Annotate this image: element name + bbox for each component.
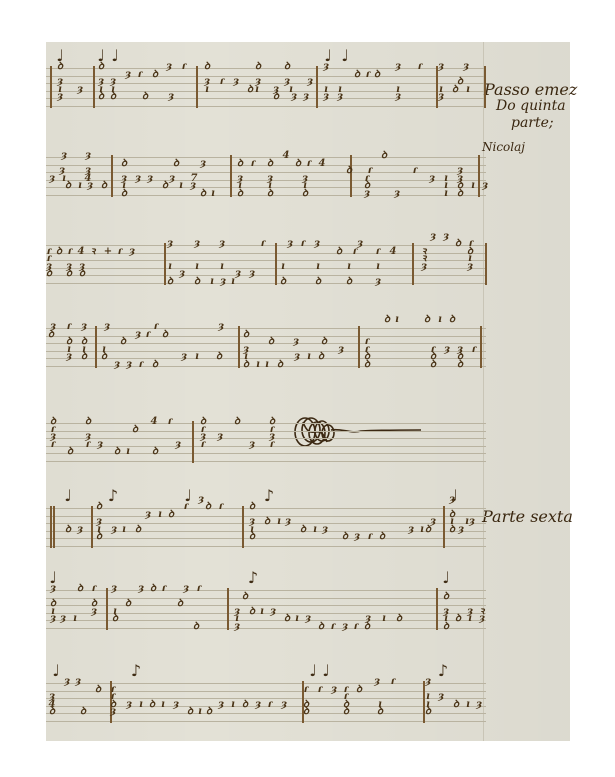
tab-letter: ȝ (111, 525, 117, 535)
tab-letter: ı (444, 189, 448, 199)
tab-letter: ꝺ (162, 181, 168, 191)
tab-letter: ɾ (353, 247, 358, 257)
tab-letter: ꝺ (49, 707, 55, 717)
tab-letter: ꝺ (173, 159, 179, 169)
tab-letter: ȝ (85, 151, 91, 161)
tab-letter: ı (260, 607, 264, 617)
tab-letter: ȝ (323, 92, 329, 102)
tablature-system-8: ♩♪♩♩♪ȝȝꝺɾȝȝɾɾɾȝɾꝺȝɾɾıȝ4ꝺȝıꝺıȝȝıꝺȝɾȝꝺꝺııꝺ… (46, 683, 486, 721)
tab-letter: ꝺ (430, 360, 436, 370)
tab-letter: ȝ (322, 525, 328, 535)
tab-letter: ꝺ (46, 269, 52, 279)
tab-letter: ɾ (413, 166, 418, 176)
tab-letter: ı (198, 707, 202, 717)
tab-letter: ȝ (287, 239, 293, 249)
tab-letter: ȝ (60, 614, 66, 624)
rhythm-flag-icon: ♩ (309, 663, 317, 679)
tab-letter: ı (438, 315, 442, 325)
staff-line (46, 106, 486, 107)
tab-letter: ı (122, 525, 126, 535)
tab-letter: ȝ (374, 677, 380, 687)
tab-letter: ı (205, 85, 209, 95)
tab-letter: ȝ (77, 525, 83, 535)
tab-letter: ȝ (81, 322, 87, 332)
tab-letter: ꝺ (204, 62, 210, 72)
tab-letter: ꝺ (455, 614, 461, 624)
tab-letter: ı (168, 262, 172, 272)
tab-letter: ɾ (67, 322, 72, 332)
tab-letter: ȝ (430, 232, 436, 242)
tab-letter: ꝺ (66, 269, 72, 279)
tab-letter: ꝺ (364, 622, 370, 632)
tab-letter: ɾ (197, 584, 202, 594)
barline (358, 326, 360, 368)
tab-letter: ꝺ (300, 525, 306, 535)
tab-letter: ꝺ (56, 247, 62, 257)
tab-letter: ɾ (318, 685, 323, 695)
tab-letter: ɾ (92, 584, 97, 594)
tab-letter: ꝺ (114, 447, 120, 457)
tab-letter: ȝ (395, 92, 401, 102)
tab-letter: ꝺ (98, 62, 104, 72)
tab-letter: ı (316, 262, 320, 272)
barline (443, 506, 445, 548)
tab-letter: ꝺ (85, 417, 91, 427)
staff-line (46, 328, 486, 329)
barline (192, 421, 194, 463)
tab-letter: ı (471, 181, 475, 191)
tab-letter: ꝺ (249, 607, 255, 617)
staff-line (46, 343, 486, 344)
tab-letter: ɾ (304, 685, 309, 695)
tab-letter: + (104, 247, 112, 257)
tab-letter: ȝ (175, 440, 181, 450)
tab-letter: ɾ (472, 345, 477, 355)
tab-letter: ꝺ (267, 189, 273, 199)
tab-letter: ȝ (66, 352, 72, 362)
tab-letter: ȝ (168, 92, 174, 102)
tab-letter: ȝ (87, 181, 93, 191)
tab-letter: ɾ (220, 77, 225, 87)
tab-letter: ɾ (270, 440, 275, 450)
tab-letter: ꝺ (284, 62, 290, 72)
barline (238, 326, 240, 368)
tab-letter: ꝺ (343, 707, 349, 717)
tab-letter: ȝ (183, 584, 189, 594)
tab-letter: ɾ (162, 584, 167, 594)
staff-line (46, 605, 486, 606)
tab-letter: ȝ (323, 62, 329, 72)
tab-letter: ꝺ (234, 417, 240, 427)
tab-letter: ȝ (463, 62, 469, 72)
staff-line (46, 336, 486, 337)
tab-letter: ꝺ (152, 360, 158, 370)
tab-letter: ı (395, 315, 399, 325)
tab-letter: ı (313, 525, 317, 535)
tab-letter: ȝ (190, 181, 196, 191)
tab-letter: ꝺ (277, 360, 283, 370)
tab-letter: ꝺ (152, 70, 158, 80)
barline (485, 243, 487, 285)
tab-letter: ɾ (354, 622, 359, 632)
tab-letter: ꝺ (80, 707, 86, 717)
tab-letter: ȝ (458, 525, 464, 535)
tab-letter: ȝ (285, 517, 291, 527)
tab-letter: ȝ (147, 174, 153, 184)
tab-letter: ꝺ (336, 247, 342, 257)
tab-letter: ɾ (86, 440, 91, 450)
tab-letter: ɾ (219, 502, 224, 512)
barline (242, 506, 244, 548)
tab-letter: ȝ (449, 495, 455, 505)
tab-letter: ꝺ (342, 532, 348, 542)
staff-line (46, 351, 486, 352)
tab-letter: ꝺ (381, 151, 387, 161)
tab-letter: ɾ (376, 247, 381, 257)
tab-letter: ȝ (303, 92, 309, 102)
tab-letter: ꝺ (101, 181, 107, 191)
tab-letter: ȝ (91, 607, 97, 617)
tab-letter: ꝺ (249, 502, 255, 512)
tab-letter: ȝ (64, 677, 70, 687)
tab-letter: ɾ (68, 247, 73, 257)
barline (196, 66, 198, 108)
barline (436, 588, 438, 630)
tab-letter: ı (139, 700, 143, 710)
tab-letter: 4 (151, 417, 158, 427)
tab-letter: ɾ (261, 239, 266, 249)
tab-letter: ı (265, 360, 269, 370)
tab-letter: ȝ (126, 360, 132, 370)
tab-letter: ȝ (173, 700, 179, 710)
tab-letter: ꝺ (216, 352, 222, 362)
tab-letter: ꝺ (280, 277, 286, 287)
tab-letter: ȝ (169, 174, 175, 184)
barline (53, 506, 55, 548)
tab-letter: ȝ (281, 700, 287, 710)
tab-letter: ɾ (301, 239, 306, 249)
rhythm-flag-icon: ♪ (438, 663, 448, 679)
staff-line (46, 423, 486, 424)
tab-letter: 4 (283, 151, 290, 161)
tab-letter: ꝺ (242, 700, 248, 710)
tab-letter: ꝺ (449, 525, 455, 535)
tab-letter: ꝺ (384, 315, 390, 325)
tab-letter: ꝺ (149, 700, 155, 710)
tab-letter: ȝ (233, 77, 239, 87)
tab-letter: ɾ (184, 502, 189, 512)
tab-letter: ȝ (479, 614, 485, 624)
tab-letter: ȝ (331, 685, 337, 695)
tab-letter: ꝺ (77, 584, 83, 594)
tab-letter: ȝ (305, 614, 311, 624)
barline (111, 155, 113, 197)
tab-letter: ɾ (146, 330, 151, 340)
tab-letter: ȝ (111, 584, 117, 594)
barline (275, 243, 277, 285)
tab-letter: ȝ (255, 700, 261, 710)
tab-letter: ȝ (444, 345, 450, 355)
tab-letter: ȝ (337, 92, 343, 102)
tab-letter: ꝺ (255, 62, 261, 72)
tab-letter: ı (210, 277, 214, 287)
tab-letter: ɾ (331, 622, 336, 632)
tab-letter: ȝ (167, 239, 173, 249)
tab-letter: ꝺ (95, 685, 101, 695)
barline (316, 66, 318, 108)
tab-letter: ȝ (138, 584, 144, 594)
staff-line (46, 508, 486, 509)
tab-letter: ȝ (249, 440, 255, 450)
tab-letter: ꝺ (101, 352, 107, 362)
rhythm-flag-icon: ♩ (442, 570, 450, 586)
tab-letter: ı (126, 447, 130, 457)
tab-letter: ꝺ (57, 62, 63, 72)
tab-letter: ꝺ (346, 166, 352, 176)
rhythm-flag-icon: ♪ (131, 663, 141, 679)
rhythm-flag-icon: ♪ (264, 488, 274, 504)
tab-letter: ȝ (126, 700, 132, 710)
tab-letter: ꝺ (303, 707, 309, 717)
tab-letter: ꝺ (425, 525, 431, 535)
tab-letter: ɾ (168, 417, 173, 427)
rhythm-flag-icon: ♩ (322, 663, 330, 679)
tab-letter: ȝ (354, 532, 360, 542)
tablature-system-1: ♩♩♩♩♩ꝺꝺȝɾꝺȝɾꝺꝺꝺȝȝȝȝɾȝȝȝıȝıııꝺıȝıȝꝺꝺꝺȝꝺȝȝ… (46, 68, 486, 106)
tab-letter: ꝺ (237, 159, 243, 169)
tab-letter: ı (420, 525, 424, 535)
tab-letter: ı (195, 262, 199, 272)
tab-letter: ȝ (104, 322, 110, 332)
tab-letter: ꝺ (396, 614, 402, 624)
tab-letter: ı (295, 614, 299, 624)
tab-letter: ꝺ (162, 330, 168, 340)
tab-letter: ꝺ (354, 70, 360, 80)
tab-letter: ꝺ (150, 584, 156, 594)
tab-letter: ȝ (218, 700, 224, 710)
rhythm-flag-icon: ♪ (248, 570, 258, 586)
tab-letter: ȝ (129, 247, 135, 257)
staff-line (46, 431, 486, 432)
tab-letter: ꝺ (346, 277, 352, 287)
tab-letter: ȝ (110, 707, 116, 717)
tab-letter: ꝺ (132, 425, 138, 435)
section-label-parte-sexta: Parte sexta (482, 507, 573, 526)
rhythm-flag-icon: ♩ (52, 663, 60, 679)
tab-letter: ꝺ (65, 525, 71, 535)
tab-letter: ꝺ (135, 525, 141, 535)
tab-letter: ꝺ (264, 517, 270, 527)
tab-letter: ꝺ (424, 315, 430, 325)
tab-letter: ꝺ (284, 614, 290, 624)
tab-letter: ꝺ (237, 189, 243, 199)
rhythm-flag-icon: ♩ (111, 48, 119, 64)
staff-line (46, 461, 486, 462)
tab-letter: ı (256, 360, 260, 370)
tab-letter: ɾ (391, 677, 396, 687)
tab-letter: ȝ (342, 622, 348, 632)
staff-line (46, 438, 486, 439)
tab-letter: ɾ (118, 247, 123, 257)
tab-letter: ı (382, 614, 386, 624)
tab-letter: ı (220, 262, 224, 272)
tab-letter: ȝ (357, 239, 363, 249)
tab-letter: ı (231, 277, 235, 287)
tab-letter: ɾ (154, 322, 159, 332)
tab-letter: ȝ (194, 239, 200, 249)
tab-letter: ꝺ (267, 159, 273, 169)
tab-letter: ȝ (249, 269, 255, 279)
tab-letter: ı (468, 614, 472, 624)
staff-line (46, 721, 486, 722)
tab-letter: ꝺ (374, 70, 380, 80)
barline (480, 326, 482, 368)
manuscript-page: Passo emez Do quinta parte; Nicolaj Part… (46, 42, 570, 741)
tab-letter: ꝺ (247, 85, 253, 95)
tab-letter: ı (466, 700, 470, 710)
tab-letter: ꝺ (249, 532, 255, 542)
tab-letter: ꝺ (425, 707, 431, 717)
barline (93, 66, 95, 108)
tab-letter: ꝺ (96, 532, 102, 542)
tab-letter: 4 (390, 247, 397, 257)
barline (164, 243, 166, 285)
tab-letter: ȝ (443, 232, 449, 242)
tab-letter: ꝺ (449, 315, 455, 325)
tab-letter: ȝ (395, 62, 401, 72)
barline (91, 506, 93, 548)
tab-letter: ȝ (50, 584, 56, 594)
tab-letter: ȝ (217, 432, 223, 442)
tab-letter: ꝺ (443, 622, 449, 632)
tab-letter: ȝ (166, 62, 172, 72)
tab-letter: ꝺ (321, 337, 327, 347)
barline (484, 66, 486, 108)
tab-letter: ꝺ (295, 159, 301, 169)
tab-letter: ꝺ (125, 599, 131, 609)
staff-line (46, 546, 486, 547)
tab-letter: ı (195, 352, 199, 362)
tab-letter: ɾ (51, 440, 56, 450)
tab-letter: ȝ (57, 92, 63, 102)
tab-letter: ȝ (425, 677, 431, 687)
tab-letter: ı (211, 189, 215, 199)
tab-letter: ꝺ (167, 277, 173, 287)
tab-letter: ı (466, 85, 470, 95)
tab-letter: ȝ (294, 352, 300, 362)
tab-letter: ꝺ (457, 77, 463, 87)
tab-letter: ȝ (482, 181, 488, 191)
tab-letter: ȝ (291, 92, 297, 102)
tab-letter: ı (78, 181, 82, 191)
tab-letter: ꝺ (142, 92, 148, 102)
tab-letter: ȝ (421, 262, 427, 272)
tab-letter: ȝ (135, 330, 141, 340)
tablature-system-6: ♩♪♩♪♩ꝺȝɾꝺɾꝺȝꝺȝȝıꝺȝꝺıȝȝııȝꝺȝıȝıꝺıꝺıȝȝıꝺꝺȝ… (46, 508, 486, 546)
tab-letter: ȝ (314, 239, 320, 249)
tab-letter: ı (255, 85, 259, 95)
tab-letter: ꝺ (356, 685, 362, 695)
barline (50, 506, 52, 548)
staff-line (46, 275, 486, 276)
tab-letter: ꝺ (315, 277, 321, 287)
tab-letter: ꝺ (177, 599, 183, 609)
signature-annotation: Nicolaj (482, 140, 525, 154)
staff-line (46, 598, 486, 599)
tab-letter: ɾ (268, 700, 273, 710)
tab-letter: ꝺ (318, 352, 324, 362)
tab-letter: ȝ (77, 85, 83, 95)
tab-letter: ȝ (364, 189, 370, 199)
tab-letter: ꝺ (377, 707, 383, 717)
tab-letter: ȝ (135, 174, 141, 184)
tab-letter: ȝ (114, 360, 120, 370)
tab-letter: ꝺ (206, 707, 212, 717)
tab-letter: ꝺ (457, 360, 463, 370)
tab-letter: ꝺ (121, 189, 127, 199)
tab-letter: ꝺ (457, 189, 463, 199)
tab-letter: ı (179, 181, 183, 191)
tab-letter: ȝ (50, 614, 56, 624)
tab-letter: ꝺ (96, 502, 102, 512)
tab-letter: ȝ (293, 337, 299, 347)
tab-letter: ɾ (201, 440, 206, 450)
tablature-system-4: ȝɾȝȝɾȝꝺȝɾꝺꝺꝺꝺꝺꝺȝꝺɾıııȝȝɾɾȝȝɾȝꝺꝺȝıꝺıȝıꝺꝺꝺ… (46, 328, 486, 366)
tablature-system-5: ꝺꝺ4ɾꝺꝺꝺɾꝺɾɾȝȝȝȝȝɾɾȝȝɾȝɾꝺꝺıꝺ (46, 423, 486, 461)
tab-letter: ꝺ (81, 352, 87, 362)
tab-letter: ɾ (251, 159, 256, 169)
tab-letter: ȝ (181, 352, 187, 362)
tab-letter: ꝺ (455, 239, 461, 249)
tablature-system-2: ȝȝꝺꝺȝꝺɾꝺꝺɾ44ꝺꝺȝȝɾɾȝȝı4ȝȝȝȝ7ȝȝȝɾȝıȝꝺıȝꝺıꝺ… (46, 157, 486, 195)
tab-letter: ꝺ (243, 330, 249, 340)
tab-letter: ı (73, 614, 77, 624)
tab-letter: ɾ (182, 62, 187, 72)
tab-letter: ȝ (75, 677, 81, 687)
barline (50, 66, 52, 108)
tab-letter: ȝ (394, 189, 400, 199)
tab-letter: ȝ (220, 277, 226, 287)
tab-letter: ȝ (438, 62, 444, 72)
tab-letter: ȝ (179, 269, 185, 279)
title-annotation-line3: parte; (511, 115, 554, 131)
barline (95, 326, 97, 368)
tab-letter: ȝ (61, 151, 67, 161)
tab-letter: ɾ (139, 360, 144, 370)
tab-letter: ꝺ (65, 181, 71, 191)
barline (478, 155, 480, 197)
tab-letter: ꝺ (273, 92, 279, 102)
tab-letter: ꝺ (318, 622, 324, 632)
tab-letter: ꝺ (48, 330, 54, 340)
tab-letter: ı (376, 262, 380, 272)
rhythm-flag-icon: ♪ (108, 488, 118, 504)
tab-letter: ꝺ (187, 707, 193, 717)
tab-letter: ꝺ (302, 189, 308, 199)
tab-letter: ꝺ (168, 510, 174, 520)
tab-letter: ꝺ (120, 337, 126, 347)
tab-letter: ȝ (467, 262, 473, 272)
tab-letter: ɾ (368, 532, 373, 542)
tab-letter: ꝺ (193, 622, 199, 632)
tab-letter: ı (281, 262, 285, 272)
tab-letter: ȝ (429, 174, 435, 184)
tab-letter: ı (231, 700, 235, 710)
tab-letter: ȝ (97, 440, 103, 450)
tab-letter: ꝺ (364, 360, 370, 370)
tab-letter: ɾ (307, 159, 312, 169)
barline (230, 155, 232, 197)
